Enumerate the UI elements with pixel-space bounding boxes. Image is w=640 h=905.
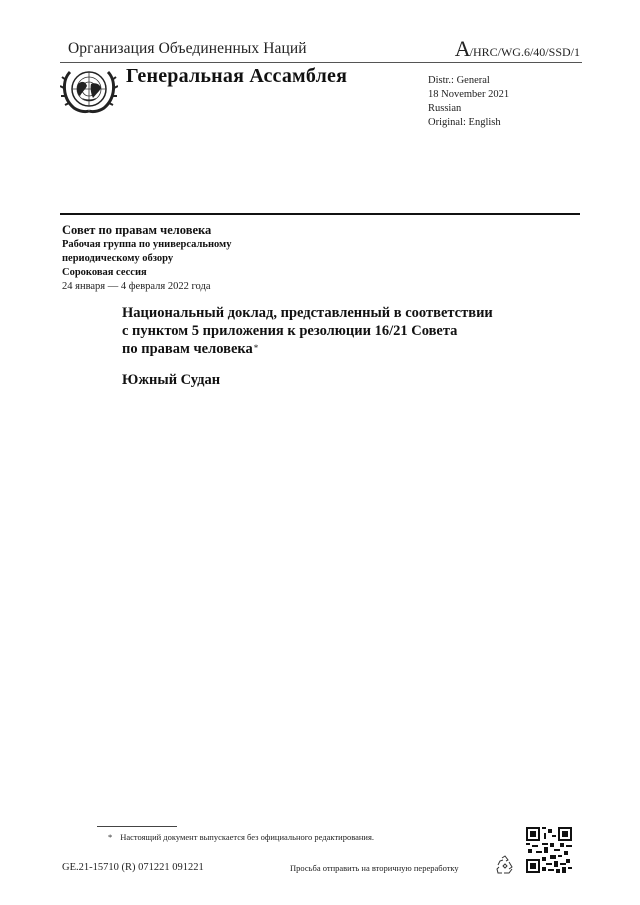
document-language: Russian [428,102,509,116]
body-title: Генеральная Ассамблея [126,65,347,88]
original-language: Original: English [428,116,509,130]
working-group-line-1: Рабочая группа по универсальному [62,238,231,252]
distribution-label: Distr.: General [428,74,509,88]
document-symbol: A/HRC/WG.6/40/SSD/1 [455,36,580,62]
title-line-1: Национальный доклад, представленный в со… [122,305,493,323]
footnote-separator [97,826,177,827]
recycle-text: Просьба отправить на вторичную переработ… [290,863,459,873]
session-name: Сороковая сессия [62,266,231,280]
document-symbol-prefix: A [455,36,470,61]
job-number: GE.21-15710 (R) 071221 091221 [62,862,204,873]
footnote: *Настоящий документ выпускается без офиц… [108,832,374,842]
document-symbol-rest: /HRC/WG.6/40/SSD/1 [470,45,580,59]
distribution-info: Distr.: General 18 November 2021 Russian… [428,74,509,130]
qr-code-icon [526,827,572,873]
recycle-icon [494,854,516,876]
title-line-3: по правам человека [122,341,253,357]
document-title: Национальный доклад, представленный в со… [122,305,493,359]
footnote-text: Настоящий документ выпускается без офици… [120,832,374,842]
council-block: Совет по правам человека Рабочая группа … [62,222,231,294]
council-name: Совет по правам человека [62,222,231,238]
document-date: 18 November 2021 [428,88,509,102]
working-group-line-2: периодическому обзору [62,252,231,266]
title-line-2: с пунктом 5 приложения к резолюции 16/21… [122,323,493,341]
country-name: Южный Судан [122,372,220,389]
section-rule [60,213,580,215]
footnote-mark: * [108,832,112,842]
footnote-reference[interactable]: * [254,343,259,353]
session-dates: 24 января — 4 февраля 2022 года [62,280,231,294]
organization-name: Организация Объединенных Наций [68,40,307,58]
un-emblem-icon [60,64,118,114]
header-rule [60,62,582,63]
